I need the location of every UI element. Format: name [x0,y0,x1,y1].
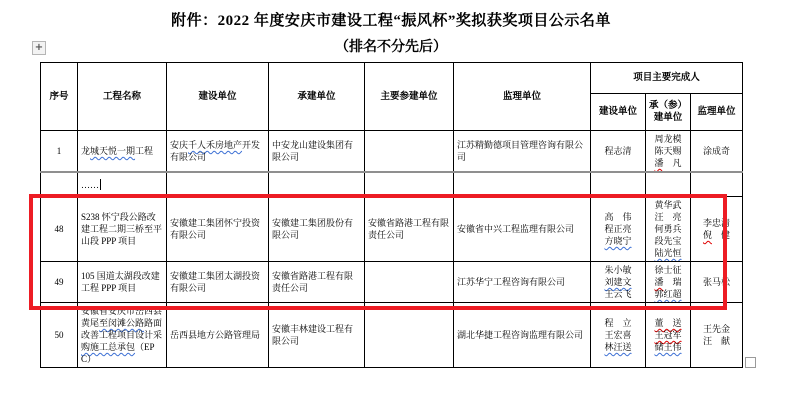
cell-line: 程 立 [592,317,644,329]
text-segment: 安徽建工集团怀宁投资有限公司 [170,218,260,240]
cell-line: 潘 凡 [647,157,689,169]
text-segment: 程 立 [604,318,631,328]
cell-project[interactable]: 105 国道太湖段改建工程 PPP 项目 [78,262,167,303]
text-segment: 张马松 [703,277,730,287]
text-segment: …… [81,180,99,190]
cell-line: 105 国道太湖段改建工程 PPP 项目 [81,270,163,294]
text-segment: 朱小敏 [604,265,631,275]
cell-supervisor[interactable]: 江苏华宁工程咨询有限公司 [454,262,591,303]
cell-line: 岳西县地方公路管理局 [170,329,265,341]
document-subtitle: （排名不分先后） [0,36,782,56]
column-header-participant[interactable]: 主要参建单位 [365,63,454,131]
text-segment: 江苏华宁工程咨询有限公司 [457,277,565,287]
text-segment: 安徽建工集团股份有限公司 [272,218,353,240]
cell-builder[interactable]: 岳西县地方公路管理局 [167,303,269,368]
text-segment: 汪 亮 [654,212,681,222]
cell-line: 汪 献 [692,335,741,347]
cell-line: 安徽省路港工程有限责任公司 [368,217,450,241]
cell-project[interactable]: …… [78,172,167,197]
text-segment: 林汪送 [604,342,631,352]
header-row-group: 序号 工程名称 建设单位 承建单位 主要参建单位 监理单位 项目主要完成人 [41,63,743,94]
table-row: 50安徽省安庆市岳西县黄尾至闵滩公路路面改善工程项目设计采购施工总承包（EPC）… [41,303,743,368]
cell-line: 陆光恒 [647,247,689,259]
cell-no[interactable]: 50 [41,303,78,368]
text-segment: 王云飞 [604,289,631,299]
cell-line: 方晓宁 [592,235,644,247]
text-segment: 何勇兵 [654,224,681,234]
column-header-supervisor[interactable]: 监理单位 [454,63,591,131]
cell-line: 安徽建工集团股份有限公司 [272,217,361,241]
cell-project[interactable]: 龙城天悦一期工程 [78,131,167,173]
column-header-contractor[interactable]: 承建单位 [269,63,365,131]
cell-c_builder[interactable]: 高 伟程正亮方晓宁 [591,197,646,262]
cell-builder[interactable]: 安庆千人禾房地产开发有限公司 [167,131,269,173]
text-segment: 倪 [703,230,712,240]
text-segment: 健 [712,230,730,240]
text-segment: 瑞 [664,277,682,287]
text-segment: 陆光恒 [654,248,681,258]
cell-participant[interactable]: 安徽省路港工程有限责任公司 [365,197,454,262]
cell-line: …… [81,179,163,191]
text-segment: 董 送 [654,318,681,328]
cell-line: 龙城天悦一期工程 [81,145,163,157]
cell-line: 李忠清 [692,217,741,229]
column-group-header-completers[interactable]: 项目主要完成人 [591,63,743,94]
cell-c_supervisor[interactable]: 涂成奇 [691,131,743,173]
column-header-completer-builder[interactable]: 建设单位 [591,94,646,131]
cell-line: 林汪送 [592,341,644,353]
cell-project[interactable]: 安徽省安庆市岳西县黄尾至闵滩公路路面改善工程项目设计采购施工总承包（EPC） [78,303,167,368]
text-segment: 安徽省中兴工程监理有限公司 [457,224,574,234]
text-segment: 潘 [654,158,663,168]
cell-c_builder[interactable]: 朱小敏刘建文王云飞 [591,262,646,303]
column-header-completer-contractor[interactable]: 承（参）建单位 [646,94,691,131]
column-header-builder[interactable]: 建设单位 [167,63,269,131]
cell-line: 安徽丰林建设工程有限公司 [272,323,361,347]
cell-contractor[interactable]: 安徽省路港工程有限责任公司 [269,262,365,303]
cell-line: 郭红超 [647,288,689,300]
cell-line: 何勇兵 [647,223,689,235]
cell-participant[interactable] [365,172,454,197]
text-segment: 龙 [81,146,90,156]
cell-c_supervisor[interactable]: 张马松 [691,262,743,303]
text-segment: 安徽省路港工程有限责任公司 [272,271,353,293]
cell-contractor[interactable]: 安徽建工集团股份有限公司 [269,197,365,262]
cell-line: 安徽省路港工程有限责任公司 [272,270,361,294]
text-segment: 陈天赐 [654,146,681,156]
text-segment: 安庆 [170,140,188,150]
text-segment: 汪 献 [703,336,730,346]
text-segment: 潘 [654,277,663,287]
text-segment: 段先宝 [654,236,681,246]
cell-c_contractor[interactable] [646,172,691,197]
cell-line: 安徽建工集团怀宁投资有限公司 [170,217,265,241]
cell-line: 涂成奇 [692,145,741,157]
text-segment: 王冠军 [654,330,681,340]
cell-line: 安徽省中兴工程监理有限公司 [457,223,587,235]
cell-c_builder[interactable]: 程志清 [591,131,646,173]
text-segment: 储王伟 [654,342,681,352]
cell-line: 中安龙山建设集团有限公司 [272,139,361,163]
cell-line: 刘建文 [592,276,644,288]
column-header-completer-supervisor[interactable]: 监理单位 [691,94,743,131]
cell-participant[interactable] [365,303,454,368]
cell-line: 江苏精勤德项目管理咨询有限公司 [457,139,587,163]
text-segment: 购施工总承包 [81,342,135,352]
text-segment: 千人禾房地产 [188,140,242,150]
text-segment: 王宏喜 [604,330,631,340]
cell-line: 张马松 [692,276,741,288]
text-segment: 程志清 [604,146,631,156]
table-row: 49105 国道太湖段改建工程 PPP 项目安徽建工集团太湖投资有限公司安徽省路… [41,262,743,303]
cell-line: 储王伟 [647,341,689,353]
cell-contractor[interactable]: 中安龙山建设集团有限公司 [269,131,365,173]
text-segment: 岳西县地方公路管理局 [170,330,260,340]
cell-c_contractor[interactable]: 徐士征潘 瑞郭红超 [646,262,691,303]
text-segment: 周龙模 [654,134,681,144]
text-segment: 凡 [664,158,682,168]
column-header-project[interactable]: 工程名称 [78,63,167,131]
cell-line: 潘 瑞 [647,276,689,288]
text-segment: 郭红超 [654,289,681,299]
cell-line: 安庆千人禾房地产开发有限公司 [170,139,265,163]
cell-line: 黄华武 [647,199,689,211]
cell-line: 汪 亮 [647,211,689,223]
cell-no[interactable]: 1 [41,131,78,173]
text-segment: 方晓宁 [604,236,631,246]
cell-c_supervisor[interactable] [691,172,743,197]
text-segment: 城天悦一期 [90,146,135,156]
cell-line: 王冠军 [647,329,689,341]
text-segment: 涂成奇 [703,146,730,156]
cell-c_contractor[interactable]: 董 送王冠军储王伟 [646,303,691,368]
text-segment: 安徽建工集团太湖投资有限公司 [170,271,260,293]
cell-builder[interactable]: 安徽建工集团怀宁投资有限公司 [167,197,269,262]
cell-line: 程正亮 [592,223,644,235]
text-segment: 江苏精勤德项目管理咨询有限公司 [457,140,583,162]
text-segment: 黄华武 [654,200,681,210]
table-row: 1龙城天悦一期工程安庆千人禾房地产开发有限公司中安龙山建设集团有限公司江苏精勤德… [41,131,743,173]
text-segment: 工程 [135,146,153,156]
text-segment: S238 怀宁段公路改建工程二期三桥至平山段 PPP 项目 [81,212,162,246]
column-header-no[interactable]: 序号 [41,63,78,131]
cell-supervisor[interactable]: 湖北华捷工程咨询监理有限公司 [454,303,591,368]
text-segment: 安徽省路港工程有限责任公司 [368,218,449,240]
cell-builder[interactable] [167,172,269,197]
text-segment: 中安龙山建设集团有限公司 [272,140,353,162]
cell-no[interactable]: 49 [41,262,78,303]
cell-participant[interactable] [365,131,454,173]
cell-no[interactable] [41,172,78,197]
cell-line: 王宏喜 [592,329,644,341]
cell-c_builder[interactable] [591,172,646,197]
cell-line: 段先宝 [647,235,689,247]
cell-line: 安徽省安庆市岳西县黄尾至闵滩公路路面改善工程项目设计采购施工总承包（EPC） [81,305,163,365]
cell-supervisor[interactable] [454,172,591,197]
text-segment: 刘建文 [604,277,631,287]
cell-c_builder[interactable]: 程 立王宏喜林汪送 [591,303,646,368]
text-segment: 程正亮 [604,224,631,234]
table-move-handle-icon[interactable]: + [32,41,46,55]
award-projects-table: 序号 工程名称 建设单位 承建单位 主要参建单位 监理单位 项目主要完成人 建设… [40,62,743,368]
cell-line: 程志清 [592,145,644,157]
table-body: 1龙城天悦一期工程安庆千人禾房地产开发有限公司中安龙山建设集团有限公司江苏精勤德… [41,131,743,368]
cell-line: 高 伟 [592,211,644,223]
text-segment: 高 伟 [604,212,631,222]
text-segment: 李忠清 [703,218,730,228]
table-header: 序号 工程名称 建设单位 承建单位 主要参建单位 监理单位 项目主要完成人 建设… [41,63,743,131]
cell-line: 董 送 [647,317,689,329]
text-cursor [100,179,101,190]
text-segment: 王先金 [703,324,730,334]
cell-contractor[interactable] [269,172,365,197]
cell-line: 江苏华宁工程咨询有限公司 [457,276,587,288]
cell-line: 周龙模 [647,133,689,145]
cell-line: 陈天赐 [647,145,689,157]
cell-line: 湖北华捷工程咨询监理有限公司 [457,329,587,341]
cell-c_contractor[interactable]: 黄华武汪 亮何勇兵段先宝陆光恒 [646,197,691,262]
cell-supervisor[interactable]: 安徽省中兴工程监理有限公司 [454,197,591,262]
cell-no[interactable]: 48 [41,197,78,262]
text-segment: 至闵滩公路 [99,318,144,328]
cell-project[interactable]: S238 怀宁段公路改建工程二期三桥至平山段 PPP 项目 [78,197,167,262]
cell-line: 王云飞 [592,288,644,300]
cell-builder[interactable]: 安徽建工集团太湖投资有限公司 [167,262,269,303]
text-segment: 安徽丰林建设工程有限公司 [272,324,353,346]
cell-line: 倪 健 [692,229,741,241]
cell-line: 王先金 [692,323,741,335]
table-row: …… [41,172,743,197]
cell-supervisor[interactable]: 江苏精勤德项目管理咨询有限公司 [454,131,591,173]
cell-c_supervisor[interactable]: 王先金汪 献 [691,303,743,368]
cell-line: 朱小敏 [592,264,644,276]
word-document-page: 附件：2022 年度安庆市建设工程“振风杯”奖拟获奖项目公示名单 （排名不分先后… [0,0,800,396]
cell-contractor[interactable]: 安徽丰林建设工程有限公司 [269,303,365,368]
text-segment: 105 国道太湖段改建工程 PPP 项目 [81,271,160,293]
cell-c_contractor[interactable]: 周龙模陈天赐潘 凡 [646,131,691,173]
cell-line: S238 怀宁段公路改建工程二期三桥至平山段 PPP 项目 [81,211,163,247]
text-segment: 徐士征 [654,265,681,275]
cell-participant[interactable] [365,262,454,303]
cell-line: 安徽建工集团太湖投资有限公司 [170,270,265,294]
table-resize-handle[interactable] [745,357,756,368]
document-title: 附件：2022 年度安庆市建设工程“振风杯”奖拟获奖项目公示名单 [0,9,782,30]
text-segment: 湖北华捷工程咨询监理有限公司 [457,330,583,340]
table-row: 48S238 怀宁段公路改建工程二期三桥至平山段 PPP 项目安徽建工集团怀宁投… [41,197,743,262]
cell-c_supervisor[interactable]: 李忠清倪 健 [691,197,743,262]
cell-line: 徐士征 [647,264,689,276]
